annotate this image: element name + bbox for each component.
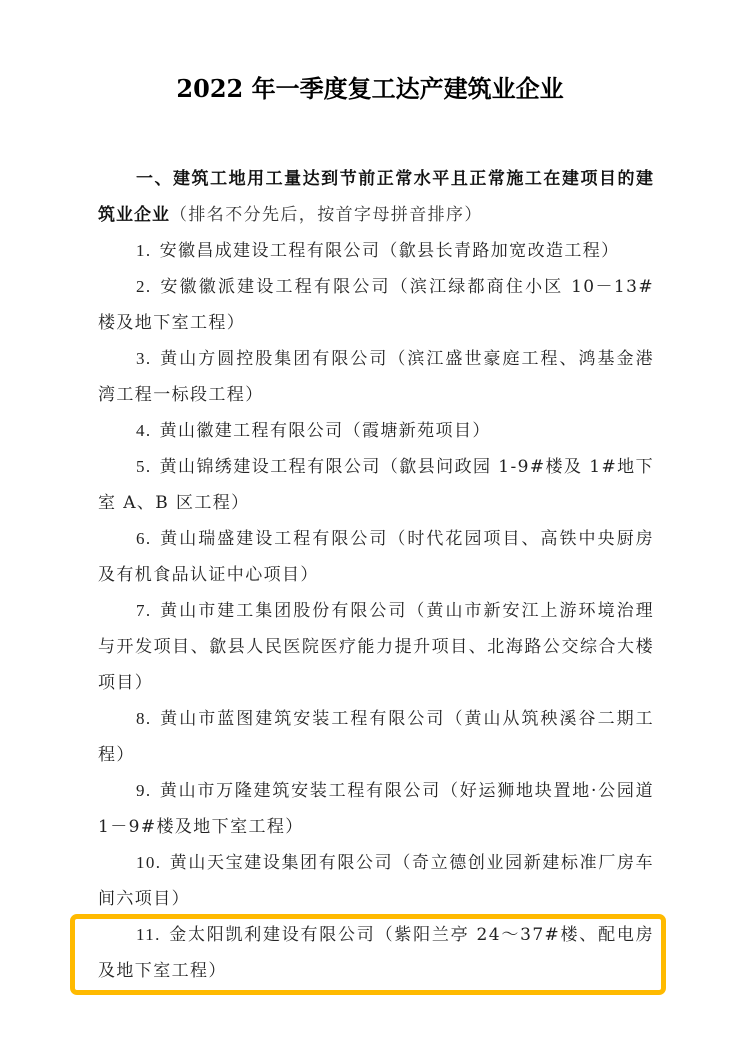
item-number: 1. <box>136 241 152 260</box>
company-name: 黄山市万隆建筑安装工程有限公司 <box>160 781 441 801</box>
company-name: 黄山市建工集团股份有限公司 <box>160 601 408 621</box>
list-item-5: 5.黄山锦绣建设工程有限公司（歙县问政园 1-9#楼及 1#地下室 A、B 区工… <box>98 449 654 521</box>
item-number: 2. <box>136 277 152 296</box>
list-item-1: 1.安徽昌成建设工程有限公司（歙县长青路加宽改造工程） <box>98 233 654 269</box>
company-name: 安徽徽派建设工程有限公司 <box>160 277 391 297</box>
item-number: 5. <box>136 457 152 476</box>
item-number: 9. <box>136 781 152 800</box>
company-name: 黄山方圆控股集团有限公司 <box>160 349 389 369</box>
document-title: 2022 年一季度复工达产建筑业企业 <box>0 72 740 106</box>
item-number: 10. <box>136 853 161 872</box>
item-number: 3. <box>136 349 152 368</box>
document-page: 2022 年一季度复工达产建筑业企业 一、建筑工地用工量达到节前正常水平且正常施… <box>0 0 740 1047</box>
list-item-11: 11.金太阳凯利建设有限公司（紫阳兰亭 24～37#楼、配电房及地下室工程） <box>98 917 654 989</box>
company-name: 黄山锦绣建设工程有限公司 <box>160 457 381 477</box>
list-item-3: 3.黄山方圆控股集团有限公司（滨江盛世豪庭工程、鸿基金港湾工程一标段工程） <box>98 341 654 413</box>
item-number: 6. <box>136 529 152 548</box>
project-name: （霞塘新苑项目） <box>344 421 491 441</box>
list-item-8: 8.黄山市蓝图建筑安装工程有限公司（黄山从筑秧溪谷二期工程） <box>98 701 654 773</box>
document-body: 一、建筑工地用工量达到节前正常水平且正常施工在建项目的建筑业企业（排名不分先后，… <box>98 161 654 989</box>
section-heading: 一、建筑工地用工量达到节前正常水平且正常施工在建项目的建筑业企业（排名不分先后，… <box>98 161 654 233</box>
list-item-10: 10.黄山天宝建设集团有限公司（奇立德创业园新建标准厂房车间六项目） <box>98 845 654 917</box>
company-name: 黄山市蓝图建筑安装工程有限公司 <box>160 709 446 729</box>
company-name: 黄山瑞盛建设工程有限公司 <box>160 529 389 549</box>
company-name: 黄山天宝建设集团有限公司 <box>169 853 393 873</box>
list-item-6: 6.黄山瑞盛建设工程有限公司（时代花园项目、高铁中央厨房及有机食品认证中心项目） <box>98 521 654 593</box>
company-name: 黄山徽建工程有限公司 <box>160 421 344 441</box>
company-name: 金太阳凯利建设有限公司 <box>169 925 376 945</box>
item-number: 8. <box>136 709 152 728</box>
company-name: 安徽昌成建设工程有限公司 <box>160 241 381 261</box>
item-number: 11. <box>136 925 161 944</box>
project-name: （歙县长青路加宽改造工程） <box>380 241 619 261</box>
list-item-4: 4.黄山徽建工程有限公司（霞塘新苑项目） <box>98 413 654 449</box>
section-note: （排名不分先后，按首字母拼音排序） <box>170 205 483 225</box>
item-number: 7. <box>136 601 152 620</box>
list-item-7: 7.黄山市建工集团股份有限公司（黄山市新安江上游环境治理与开发项目、歙县人民医院… <box>98 593 654 701</box>
list-item-2: 2.安徽徽派建设工程有限公司（滨江绿都商住小区 10－13#楼及地下室工程） <box>98 269 654 341</box>
item-number: 4. <box>136 421 152 440</box>
list-item-9: 9.黄山市万隆建筑安装工程有限公司（好运狮地块置地·公园道 1－9#楼及地下室工… <box>98 773 654 845</box>
